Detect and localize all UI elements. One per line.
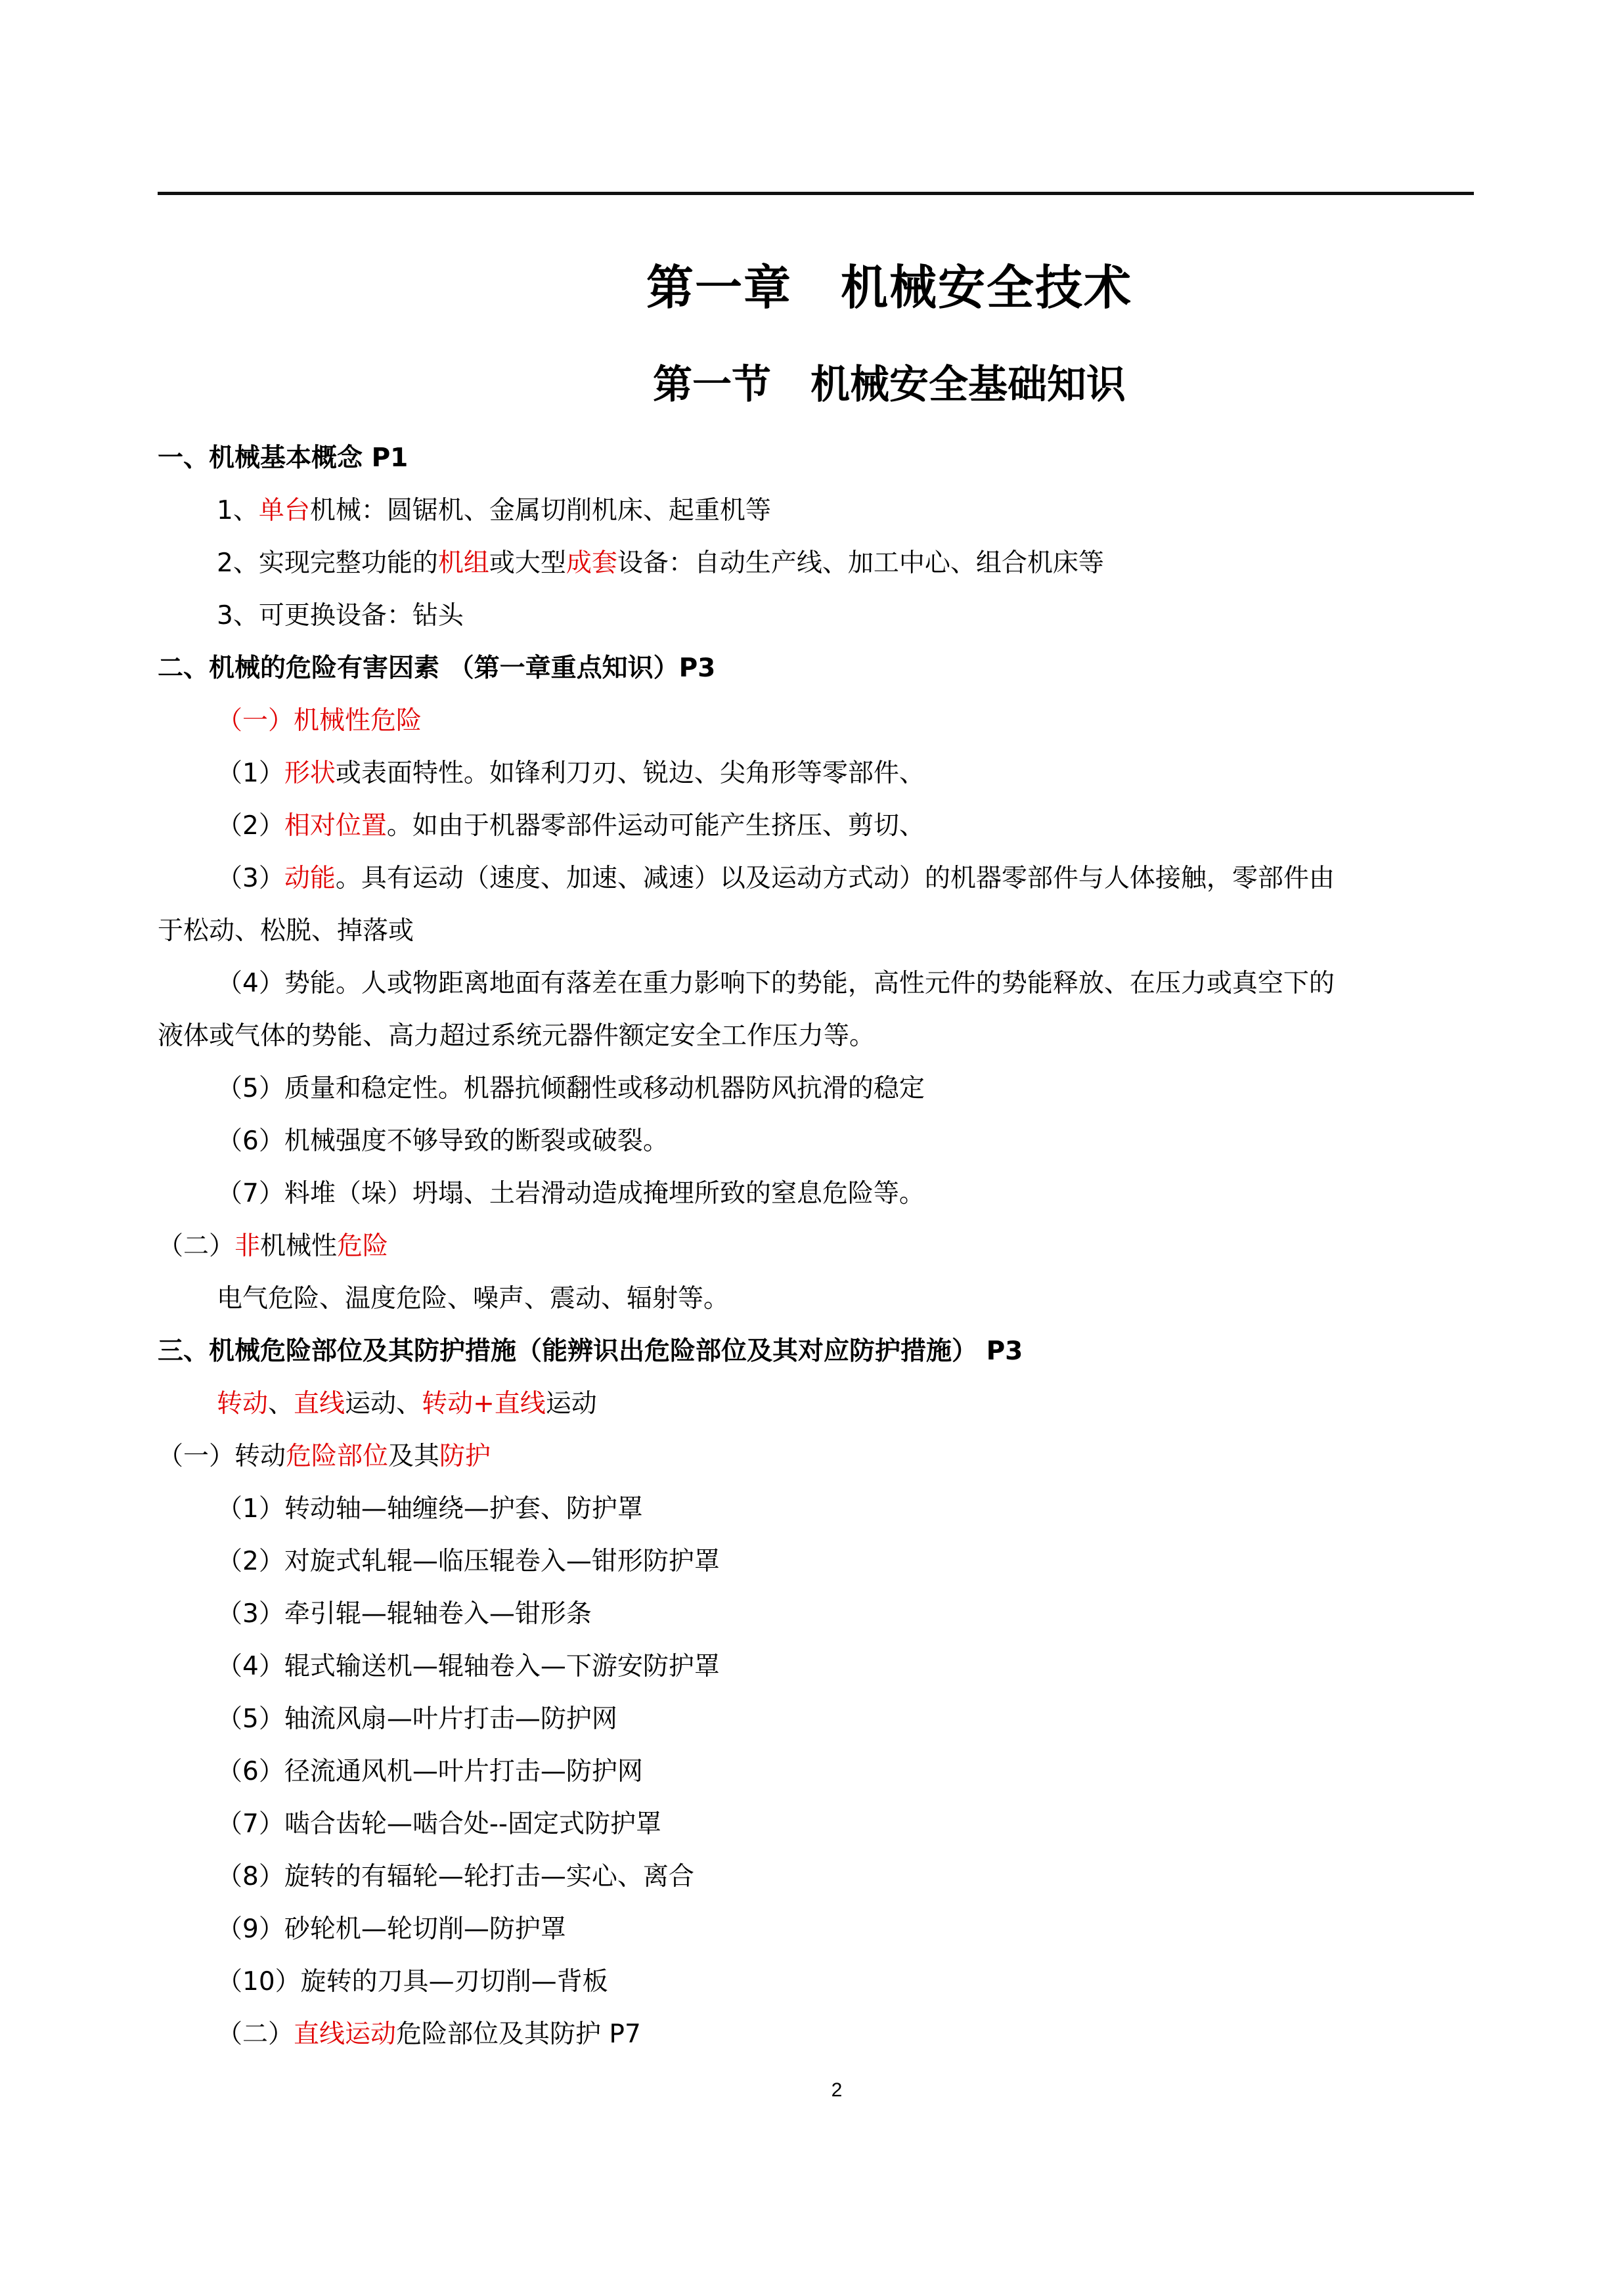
text-segment: 机械：圆锯机、金属切削机床、起重机等 (310, 496, 771, 525)
text-segment: （一）转动 (158, 1442, 286, 1471)
text-line: （2）相对位置。如由于机器零部件运动可能产生挤压、剪切、 (158, 800, 1474, 852)
chapter-title: 第一章 机械安全技术 (0, 250, 1621, 318)
text-segment: 三、机械危险部位及其防护措施（能辨识出危险部位及其对应防护措施） P3 (158, 1336, 1023, 1366)
text-segment: （4）辊式输送机—辊轴卷入—下游安防护罩 (217, 1652, 720, 1681)
text-segment: 及其 (388, 1442, 439, 1471)
text-line: 1、单台机械：圆锯机、金属切削机床、起重机等 (158, 485, 1474, 537)
highlighted-text: 直线 (294, 1389, 345, 1419)
text-line: （6）径流通风机—叶片打击—防护网 (158, 1746, 1474, 1798)
text-segment: （6）径流通风机—叶片打击—防护网 (217, 1757, 643, 1786)
text-segment: 机械性 (260, 1231, 337, 1261)
text-segment: 二、机械的危险有害因素 （第一章重点知识）P3 (158, 653, 715, 683)
text-segment: 、 (268, 1389, 294, 1419)
text-line: （5）轴流风扇—叶片打击—防护网 (158, 1693, 1474, 1746)
highlighted-text: （一）机械性危险 (217, 706, 422, 736)
text-segment: （9）砂轮机—轮切削—防护罩 (217, 1914, 566, 1944)
highlighted-text: 危险 (337, 1231, 388, 1261)
section-title: 第一节 机械安全基础知识 (0, 353, 1621, 410)
text-segment: （3） (217, 864, 284, 893)
text-segment: （6）机械强度不够导致的断裂或破裂。 (217, 1126, 669, 1156)
text-line: （4）辊式输送机—辊轴卷入—下游安防护罩 (158, 1641, 1474, 1693)
highlighted-text: 成套 (566, 548, 617, 578)
text-line: 2、实现完整功能的机组或大型成套设备：自动生产线、加工中心、组合机床等 (158, 537, 1474, 590)
text-segment: （1） (217, 759, 284, 788)
text-segment: （二） (158, 1231, 234, 1261)
text-segment: （5）轴流风扇—叶片打击—防护网 (217, 1704, 617, 1734)
text-segment: 1、 (217, 496, 259, 525)
text-segment: （5）质量和稳定性。机器抗倾翻性或移动机器防风抗滑的稳定 (217, 1074, 925, 1103)
highlighted-text: 转动+直线 (422, 1389, 546, 1419)
highlighted-text: 直线运动 (294, 2020, 396, 2049)
text-segment: （4）势能。人或物距离地面有落差在重力影响下的势能，高性元件的势能释放、在压力或… (217, 969, 1335, 998)
text-segment: 。如由于机器零部件运动可能产生挤压、剪切、 (387, 811, 925, 841)
page-number: 2 (0, 2079, 1621, 2102)
text-segment: （7）啮合齿轮—啮合处--固定式防护罩 (217, 1809, 661, 1839)
text-line: （10）旋转的刀具—刃切削—背板 (158, 1956, 1474, 2008)
text-segment: 设备：自动生产线、加工中心、组合机床等 (617, 548, 1104, 578)
text-line: （2）对旋式轧辊—临压辊卷入—钳形防护罩 (158, 1535, 1474, 1588)
text-segment: （2） (217, 811, 284, 841)
text-segment: 或大型 (489, 548, 566, 578)
text-line: （一）机械性危险 (158, 695, 1474, 747)
text-line: （7）料堆（垛）坍塌、土岩滑动造成掩埋所致的窒息危险等。 (158, 1168, 1474, 1220)
text-line: （4）势能。人或物距离地面有落差在重力影响下的势能，高性元件的势能释放、在压力或… (158, 958, 1474, 1010)
text-line: 3、可更换设备：钻头 (158, 590, 1474, 642)
text-segment: 3、可更换设备：钻头 (217, 601, 464, 630)
document-page: 第一章 机械安全技术 第一节 机械安全基础知识 一、机械基本概念 P11、单台机… (0, 0, 1621, 2296)
text-line: （二）非机械性危险 (158, 1220, 1474, 1273)
text-segment: 液体或气体的势能、高力超过系统元器件额定安全工作压力等。 (158, 1021, 875, 1051)
highlighted-text: 非 (234, 1231, 260, 1261)
highlighted-text: 形状 (284, 759, 336, 788)
highlighted-text: 单台 (259, 496, 310, 525)
text-line: 于松动、松脱、掉落或 (158, 905, 1474, 958)
text-line: （3）动能。具有运动（速度、加速、减速）以及运动方式动）的机器零部件与人体接触，… (158, 852, 1474, 905)
text-line: （一）转动危险部位及其防护 (158, 1430, 1474, 1483)
text-line: （8）旋转的有辐轮—轮打击—实心、离合 (158, 1851, 1474, 1903)
text-line: 电气危险、温度危险、噪声、震动、辐射等。 (158, 1273, 1474, 1325)
text-line: （6）机械强度不够导致的断裂或破裂。 (158, 1115, 1474, 1168)
text-line: （9）砂轮机—轮切削—防护罩 (158, 1903, 1474, 1956)
text-line: （7）啮合齿轮—啮合处--固定式防护罩 (158, 1798, 1474, 1851)
highlighted-text: 危险部位 (286, 1442, 388, 1471)
text-segment: 电气危险、温度危险、噪声、震动、辐射等。 (217, 1284, 729, 1314)
text-segment: （1）转动轴—轴缠绕—护套、防护罩 (217, 1494, 643, 1524)
text-line: （1）转动轴—轴缠绕—护套、防护罩 (158, 1483, 1474, 1535)
highlighted-text: 机组 (438, 548, 489, 578)
text-line: （5）质量和稳定性。机器抗倾翻性或移动机器防风抗滑的稳定 (158, 1063, 1474, 1115)
text-segment: （2）对旋式轧辊—临压辊卷入—钳形防护罩 (217, 1547, 720, 1576)
text-segment: 2、实现完整功能的 (217, 548, 438, 578)
text-segment: （3）牵引辊—辊轴卷入—钳形条 (217, 1599, 592, 1629)
highlighted-text: 转动 (217, 1389, 268, 1419)
text-line: （3）牵引辊—辊轴卷入—钳形条 (158, 1588, 1474, 1641)
text-segment: 危险部位及其防护 P7 (396, 2020, 641, 2049)
text-segment: （7）料堆（垛）坍塌、土岩滑动造成掩埋所致的窒息危险等。 (217, 1179, 925, 1208)
text-line: 转动、直线运动、转动+直线运动 (158, 1378, 1474, 1430)
text-segment: 。具有运动（速度、加速、减速）以及运动方式动）的机器零部件与人体接触，零部件由 (336, 864, 1335, 893)
text-segment: 一、机械基本概念 P1 (158, 443, 408, 473)
highlighted-text: 动能 (284, 864, 336, 893)
text-line: 液体或气体的势能、高力超过系统元器件额定安全工作压力等。 (158, 1010, 1474, 1063)
text-segment: 或表面特性。如锋利刀刃、锐边、尖角形等零部件、 (336, 759, 925, 788)
text-line: （二）直线运动危险部位及其防护 P7 (158, 2008, 1474, 2061)
text-segment: 运动、 (345, 1389, 422, 1419)
highlighted-text: 相对位置 (284, 811, 387, 841)
document-body: 一、机械基本概念 P11、单台机械：圆锯机、金属切削机床、起重机等2、实现完整功… (158, 432, 1474, 2061)
header-rule (158, 192, 1474, 195)
text-line: （1）形状或表面特性。如锋利刀刃、锐边、尖角形等零部件、 (158, 747, 1474, 800)
heading-line: 三、机械危险部位及其防护措施（能辨识出危险部位及其对应防护措施） P3 (158, 1325, 1474, 1378)
highlighted-text: 防护 (439, 1442, 491, 1471)
heading-line: 二、机械的危险有害因素 （第一章重点知识）P3 (158, 642, 1474, 695)
text-segment: 于松动、松脱、掉落或 (158, 916, 414, 946)
text-segment: （二） (217, 2020, 294, 2049)
text-segment: （10）旋转的刀具—刃切削—背板 (217, 1967, 608, 1997)
heading-line: 一、机械基本概念 P1 (158, 432, 1474, 485)
text-segment: （8）旋转的有辐轮—轮打击—实心、离合 (217, 1862, 694, 1891)
text-segment: 运动 (546, 1389, 597, 1419)
